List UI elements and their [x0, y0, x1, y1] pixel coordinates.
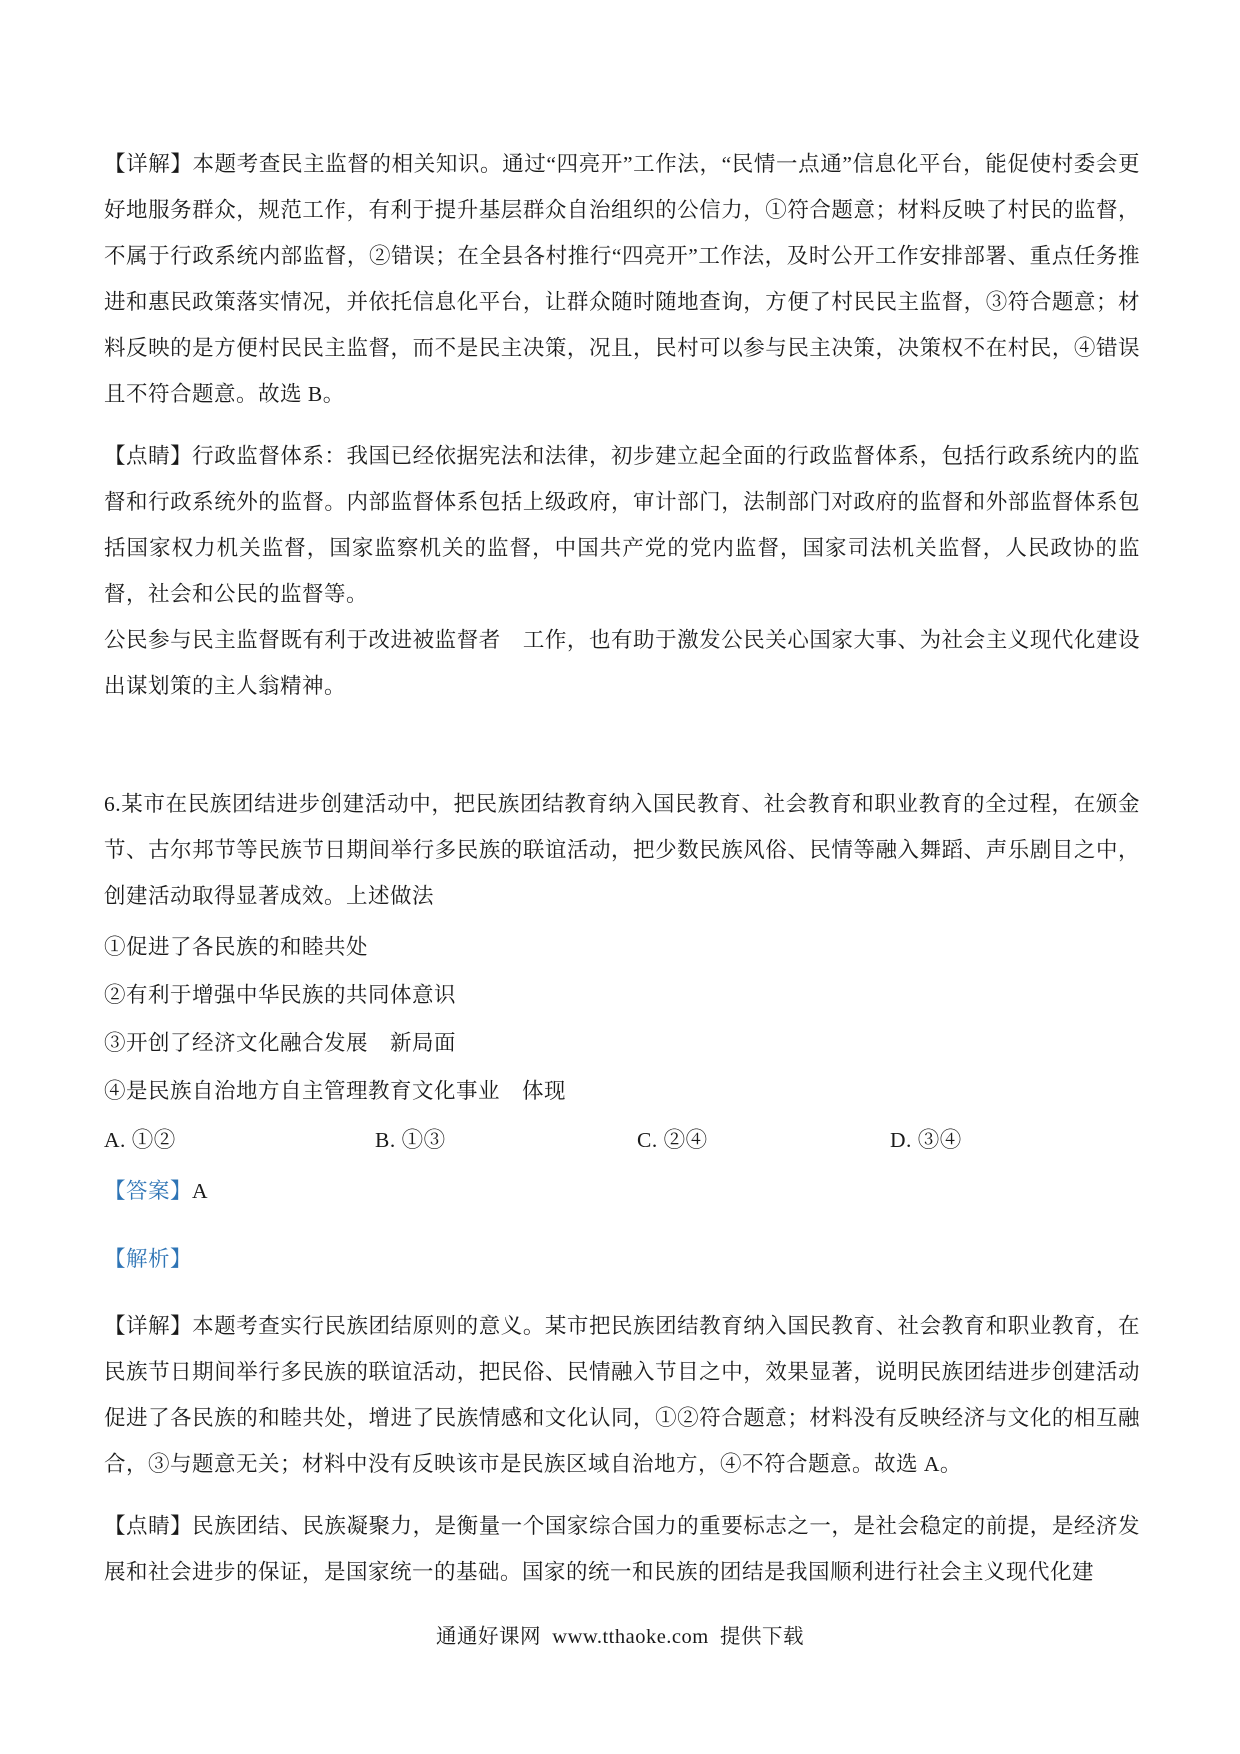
q5-detail-text: 本题考查民主监督的相关知识。通过“四亮开”工作法，“民情一点通”信息化平台，能促… — [104, 152, 1140, 406]
analysis-label: 【解析】 — [104, 1247, 192, 1271]
q6-item-1: ①促进了各民族的和睦共处 — [104, 923, 1140, 971]
q6-item-3: ③开创了经济文化融合发展 新局面 — [104, 1019, 1140, 1067]
choice-d: D. ③④ — [890, 1117, 1140, 1163]
q5-detail-paragraph: 【详解】本题考查民主监督的相关知识。通过“四亮开”工作法，“民情一点通”信息化平… — [104, 141, 1140, 417]
q5-tip-text-2: 公民参与民主监督既有利于改进被监督者 工作，也有助于激发公民关心国家大事、为社会… — [104, 628, 1140, 698]
q5-tip-text: 行政监督体系：我国已经依据宪法和法律，初步建立起全面的行政监督体系，包括行政系统… — [104, 444, 1140, 606]
q6-detail-text: 本题考查实行民族团结原则的意义。某市把民族团结教育纳入国民教育、社会教育和职业教… — [104, 1314, 1140, 1476]
q6-answer-line: 【答案】A — [104, 1168, 1140, 1214]
q6-detail-paragraph: 【详解】本题考查实行民族团结原则的意义。某市把民族团结教育纳入国民教育、社会教育… — [104, 1303, 1140, 1487]
q6-item-4: ④是民族自治地方自主管理教育文化事业 体现 — [104, 1067, 1140, 1115]
q6-tip-label: 【点睛】 — [104, 1514, 192, 1538]
q6-stem: 6.某市在民族团结进步创建活动中，把民族团结教育纳入国民教育、社会教育和职业教育… — [104, 781, 1140, 919]
q5-detail-label: 【详解】 — [104, 152, 192, 176]
q5-tip-label: 【点睛】 — [104, 444, 192, 468]
choice-b: B. ①③ — [375, 1117, 637, 1163]
q6-choices-row: A. ①② B. ①③ C. ②④ D. ③④ — [104, 1117, 1140, 1163]
document-page: 【详解】本题考查民主监督的相关知识。通过“四亮开”工作法，“民情一点通”信息化平… — [0, 0, 1240, 1595]
q5-tip-paragraph-2: 公民参与民主监督既有利于改进被监督者 工作，也有助于激发公民关心国家大事、为社会… — [104, 617, 1140, 709]
q6-analysis-line: 【解析】 — [104, 1236, 1140, 1282]
q6-item-list: ①促进了各民族的和睦共处 ②有利于增强中华民族的共同体意识 ③开创了经济文化融合… — [104, 923, 1140, 1115]
q6-detail-label: 【详解】 — [104, 1314, 192, 1338]
answer-value: A — [192, 1179, 208, 1203]
q5-tip-paragraph: 【点睛】行政监督体系：我国已经依据宪法和法律，初步建立起全面的行政监督体系，包括… — [104, 433, 1140, 617]
page-footer: 通通好课网 www.tthaoke.com 提供下载 — [0, 1622, 1240, 1652]
choice-a: A. ①② — [104, 1117, 375, 1163]
q6-stem-text: 6.某市在民族团结进步创建活动中，把民族团结教育纳入国民教育、社会教育和职业教育… — [104, 792, 1140, 908]
q6-tip-paragraph: 【点睛】民族团结、民族凝聚力，是衡量一个国家综合国力的重要标志之一，是社会稳定的… — [104, 1503, 1140, 1595]
answer-label: 【答案】 — [104, 1179, 192, 1203]
q6-tip-text: 民族团结、民族凝聚力，是衡量一个国家综合国力的重要标志之一，是社会稳定的前提，是… — [104, 1514, 1140, 1584]
choice-c: C. ②④ — [637, 1117, 890, 1163]
q6-item-2: ②有利于增强中华民族的共同体意识 — [104, 971, 1140, 1019]
